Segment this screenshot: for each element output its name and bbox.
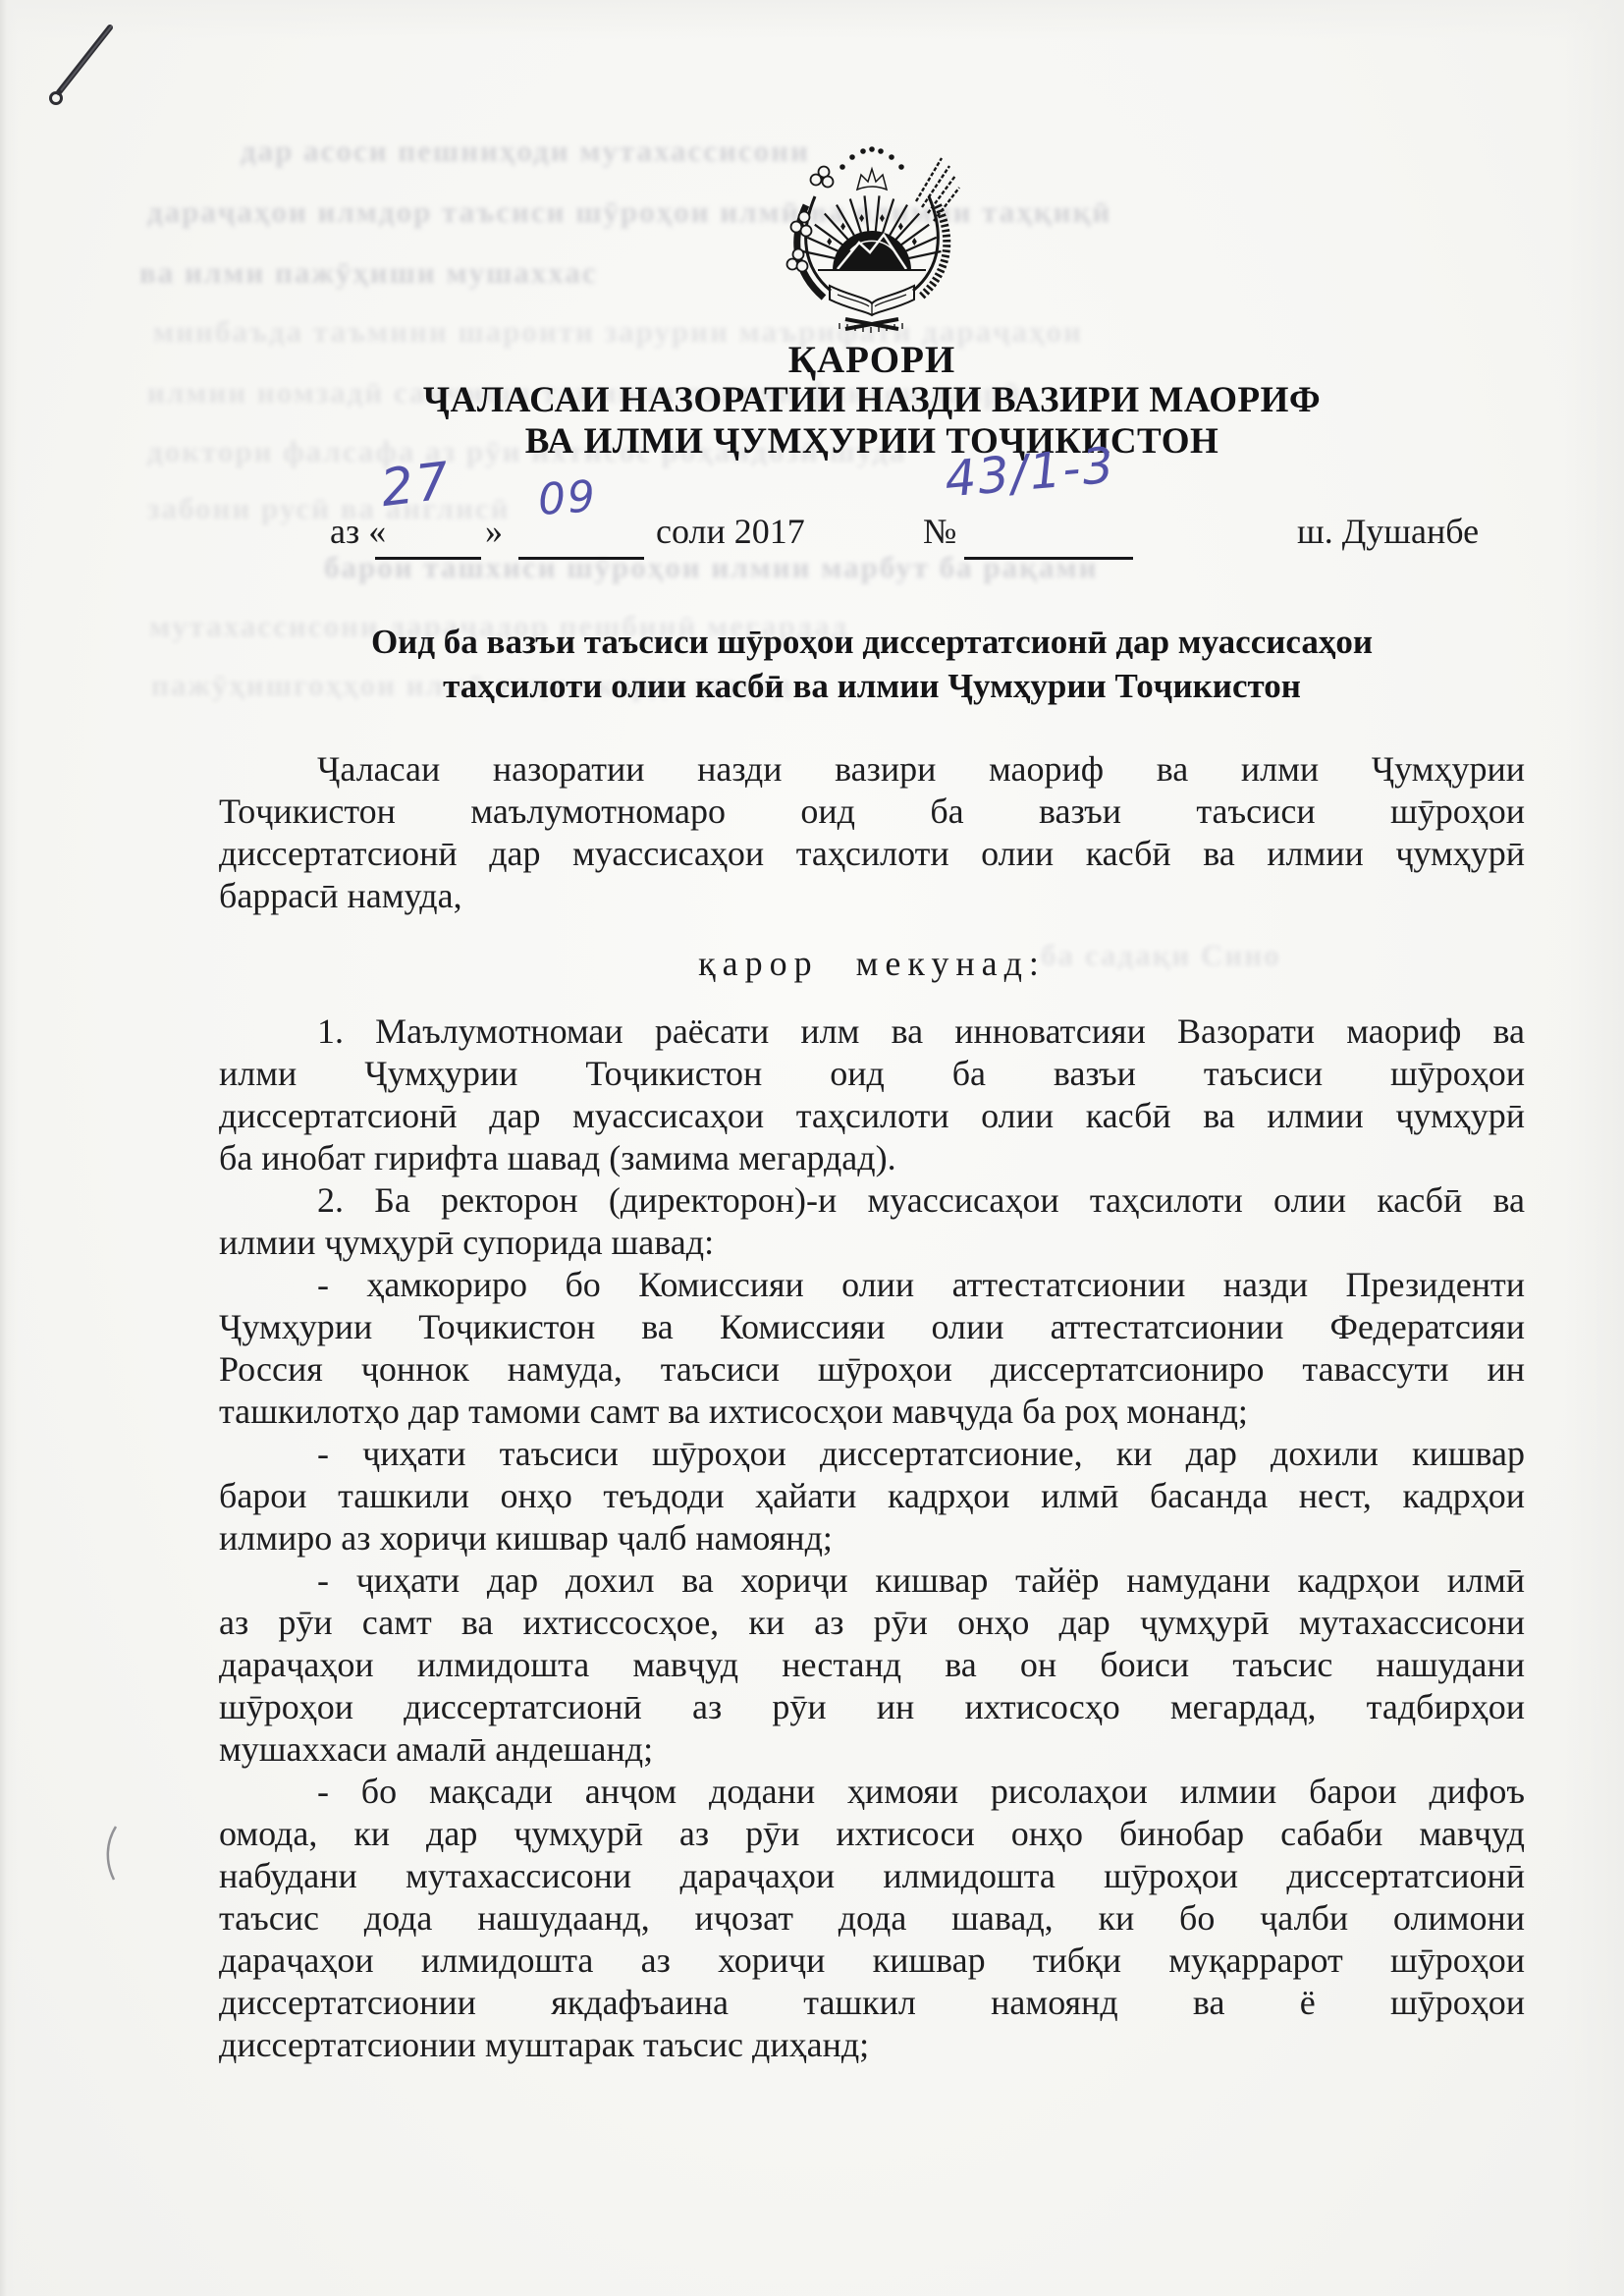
tajikistan-emblem-icon [779,140,965,337]
paragraph-line: диссертатсионии муштарак таъсис диҳанд; [219,2024,1525,2066]
scanned-decree-page: дар асоси пешниҳоди мутахассисони дараҷа… [0,0,1624,2296]
paragraph-line: дараҷаҳои илмидошта мавҷуд нестанд ва он… [219,1644,1525,1686]
month-underline [518,557,644,560]
date-prefix: аз « [330,511,386,552]
bleed-through-text: забони русӣ ва англисӣ [147,491,511,526]
number-underline [964,557,1133,560]
city-label: ш. Душанбе [1297,511,1479,552]
paragraph-line: илмиро аз хориҷи кишвар ҷалб намоянд; [219,1517,1525,1559]
handwritten-month: 09 [536,471,598,525]
paragraph-line: 2. Ба ректорон (директорон)-и муассисаҳо… [219,1179,1525,1222]
paragraph-line: - бо мақсади анҷом додани ҳимояи рисолаҳ… [219,1771,1525,1813]
bleed-through-text: барои ташхиси шӯроҳои илмии марбут ба ра… [324,550,1099,585]
subject-line1: Оид ба вазъи таъсиси шӯроҳои диссертатси… [219,623,1525,662]
bleed-through-text: дараҷаҳои илмдор таъсиси шӯроҳои илмӣ ва… [147,194,1111,230]
paragraph-line: мушаххаси амалӣ андешанд; [219,1728,1525,1771]
handwritten-day: 27 [378,452,456,519]
paragraph-line: диссертатсионӣ дар муассисаҳои таҳсилоти… [219,1095,1525,1137]
decree-title-line1: ҶАЛАСАИ НАЗОРАТИИ НАЗДИ ВАЗИРИ МАОРИФ [219,379,1525,421]
pen-slash-mark [29,14,147,132]
paragraph-line: ташкилотҳо дар тамоми самт ва ихтисосҳои… [219,1391,1525,1433]
paragraph-line: Россия ҷоннок намуда, таъсиси шӯроҳои ди… [219,1348,1525,1391]
paragraph-line: баррасӣ намуда, [219,875,1525,917]
paragraph-line: дараҷаҳои илмидошта аз хориҷи кишвар тиб… [219,1940,1525,1982]
stray-pen-mark [102,1825,126,1884]
paragraph-line: ба инобат гирифта шавад (замима мегардад… [219,1137,1525,1179]
paragraph-line: диссертатсионӣ дар муассисаҳои таҳсилоти… [219,833,1525,875]
decree-word: ҚАРОРИ [219,338,1525,382]
bleed-through-text: ва илми пажӯҳиши мушаххас [139,255,598,291]
close-quote: » [485,511,503,552]
paragraph-line: - ҷиҳати таъсиси шӯроҳои диссертатсионие… [219,1433,1525,1475]
paragraph-line: омода, ки дар ҷумҳурӣ аз рӯи ихтисоси он… [219,1813,1525,1855]
paragraph-line: илми Ҷумҳурии Тоҷикистон оид ба вазъи та… [219,1053,1525,1095]
paragraph-line: Тоҷикистон маълумотномаро оид ба вазъи т… [219,791,1525,833]
paragraph-line: барои ташкили онҳо теъдоди ҳайати кадрҳо… [219,1475,1525,1517]
paragraph-line: таъсис дода нашудаанд, иҷозат дода шавад… [219,1897,1525,1940]
decree-body: Ҷаласаи назоратии назди вазири маориф ва… [219,748,1525,2066]
decree-heading: қарор мекунад: [219,943,1525,985]
paragraph-line: 1. Маълумотномаи раёсати илм ва инноватс… [219,1011,1525,1053]
paragraph-line: аз рӯи самт ва ихтиссосҳое, ки аз рӯи он… [219,1602,1525,1644]
paragraph-line: - ҳамкориро бо Комиссияи олии аттестатси… [219,1264,1525,1306]
number-sign: № [923,511,956,552]
paragraph-line: илмии ҷумҳурӣ супорида шавад: [219,1222,1525,1264]
paragraph-line: Ҷумҳурии Тоҷикистон ва Комиссияи олии ат… [219,1306,1525,1348]
day-underline [375,557,481,560]
paragraph-line: шӯроҳои диссертатсионӣ аз рӯи ин ихтисос… [219,1686,1525,1728]
paragraph-line: набудани мутахассисони дараҷаҳои илмидош… [219,1855,1525,1897]
paragraph-line: Ҷаласаи назоратии назди вазири маориф ва… [219,748,1525,791]
paragraph-line: - ҷиҳати дар дохил ва хориҷи кишвар тайё… [219,1559,1525,1602]
subject-line2: таҳсилоти олии касбӣ ва илмии Ҷумҳурии Т… [219,667,1525,706]
paragraph-line: диссертатсионии якдафъаина ташкил намоян… [219,1982,1525,2024]
year-label: соли 2017 [656,511,805,552]
bleed-through-text: дар асоси пешниҳоди мутахассисони [241,134,810,169]
